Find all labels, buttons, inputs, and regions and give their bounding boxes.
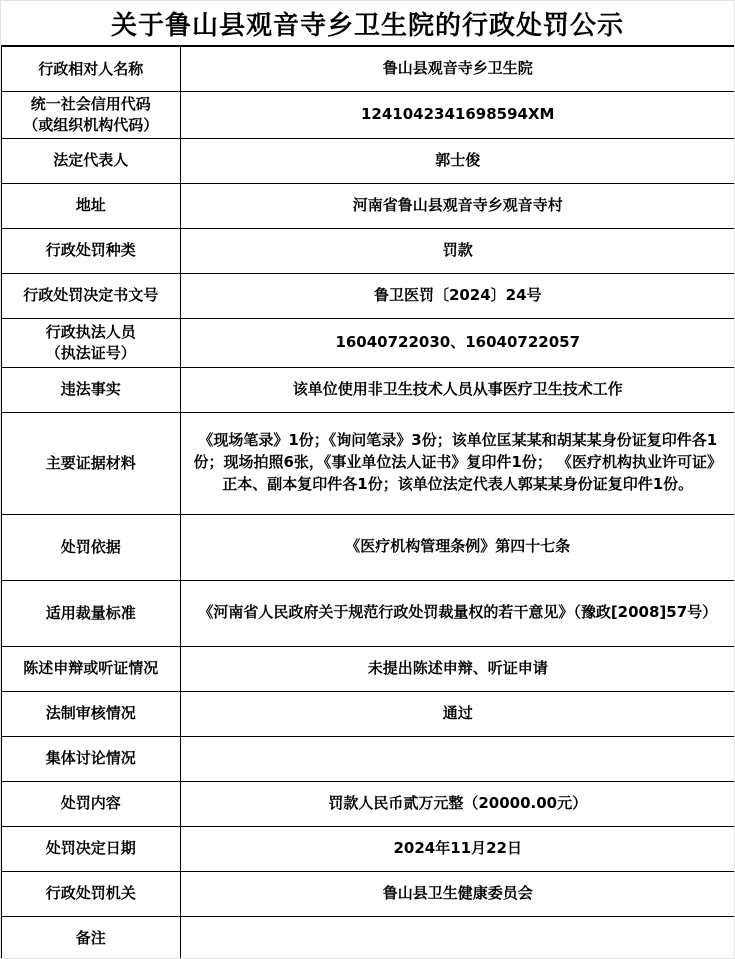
row-label: 处罚内容 (1, 781, 180, 826)
row-label: 陈述申辩或听证情况 (1, 646, 180, 691)
table-row: 陈述申辩或听证情况未提出陈述申辩、听证申请 (1, 646, 735, 691)
table-row: 行政处罚决定书文号鲁卫医罚〔2024〕24号 (1, 273, 735, 318)
table-row: 行政处罚机关鲁山县卫生健康委员会 (1, 871, 735, 916)
table-row: 行政处罚种类罚款 (1, 228, 735, 273)
row-value: 未提出陈述申辩、听证申请 (180, 646, 735, 691)
table-row: 备注 (1, 916, 735, 959)
row-label: 法定代表人 (1, 138, 180, 183)
row-label: 违法事实 (1, 367, 180, 412)
row-value: 鲁山县卫生健康委员会 (180, 871, 735, 916)
table-row: 处罚依据《医疗机构管理条例》第四十七条 (1, 514, 735, 580)
penalty-table: 行政相对人名称鲁山县观音寺乡卫生院统一社会信用代码 （或组织机构代码）12410… (0, 45, 735, 959)
row-label: 处罚决定日期 (1, 826, 180, 871)
row-value: 《医疗机构管理条例》第四十七条 (180, 514, 735, 580)
row-label: 法制审核情况 (1, 691, 180, 736)
row-value: 1241042341698594XM (180, 91, 735, 138)
row-value: 《河南省人民政府关于规范行政处罚裁量权的若干意见》（豫政[2008]57号） (180, 580, 735, 646)
table-row: 处罚内容罚款人民币贰万元整（20000.00元） (1, 781, 735, 826)
row-value (180, 916, 735, 959)
row-value: 2024年11月22日 (180, 826, 735, 871)
row-value: 16040722030、16040722057 (180, 318, 735, 367)
table-row: 统一社会信用代码 （或组织机构代码）1241042341698594XM (1, 91, 735, 138)
row-label: 处罚依据 (1, 514, 180, 580)
row-label: 备注 (1, 916, 180, 959)
penalty-notice-document: 关于鲁山县观音寺乡卫生院的行政处罚公示 行政相对人名称鲁山县观音寺乡卫生院统一社… (0, 0, 735, 959)
row-label: 适用裁量标准 (1, 580, 180, 646)
row-label: 行政执法人员 （执法证号） (1, 318, 180, 367)
table-row: 行政执法人员 （执法证号）16040722030、16040722057 (1, 318, 735, 367)
row-value: 《现场笔录》1份；《询问笔录》3份；该单位匡某某和胡某某身份证复印件各1份；现场… (180, 412, 735, 514)
page-title: 关于鲁山县观音寺乡卫生院的行政处罚公示 (1, 1, 734, 45)
row-value: 罚款 (180, 228, 735, 273)
row-label: 行政处罚决定书文号 (1, 273, 180, 318)
row-value: 罚款人民币贰万元整（20000.00元） (180, 781, 735, 826)
row-value: 鲁山县观音寺乡卫生院 (180, 46, 735, 91)
row-label: 主要证据材料 (1, 412, 180, 514)
row-label: 地址 (1, 183, 180, 228)
row-label: 行政处罚机关 (1, 871, 180, 916)
row-value: 河南省鲁山县观音寺乡观音寺村 (180, 183, 735, 228)
table-row: 主要证据材料《现场笔录》1份；《询问笔录》3份；该单位匡某某和胡某某身份证复印件… (1, 412, 735, 514)
row-value: 鲁卫医罚〔2024〕24号 (180, 273, 735, 318)
row-value: 郭士俊 (180, 138, 735, 183)
table-row: 法制审核情况通过 (1, 691, 735, 736)
row-label: 集体讨论情况 (1, 736, 180, 781)
table-row: 集体讨论情况 (1, 736, 735, 781)
row-label: 行政处罚种类 (1, 228, 180, 273)
table-row: 法定代表人郭士俊 (1, 138, 735, 183)
row-value (180, 736, 735, 781)
row-value: 通过 (180, 691, 735, 736)
row-label: 统一社会信用代码 （或组织机构代码） (1, 91, 180, 138)
row-label: 行政相对人名称 (1, 46, 180, 91)
table-row: 违法事实该单位使用非卫生技术人员从事医疗卫生技术工作 (1, 367, 735, 412)
penalty-table-body: 行政相对人名称鲁山县观音寺乡卫生院统一社会信用代码 （或组织机构代码）12410… (1, 46, 735, 959)
row-value: 该单位使用非卫生技术人员从事医疗卫生技术工作 (180, 367, 735, 412)
table-row: 适用裁量标准《河南省人民政府关于规范行政处罚裁量权的若干意见》（豫政[2008]… (1, 580, 735, 646)
table-row: 地址河南省鲁山县观音寺乡观音寺村 (1, 183, 735, 228)
table-row: 行政相对人名称鲁山县观音寺乡卫生院 (1, 46, 735, 91)
table-row: 处罚决定日期2024年11月22日 (1, 826, 735, 871)
